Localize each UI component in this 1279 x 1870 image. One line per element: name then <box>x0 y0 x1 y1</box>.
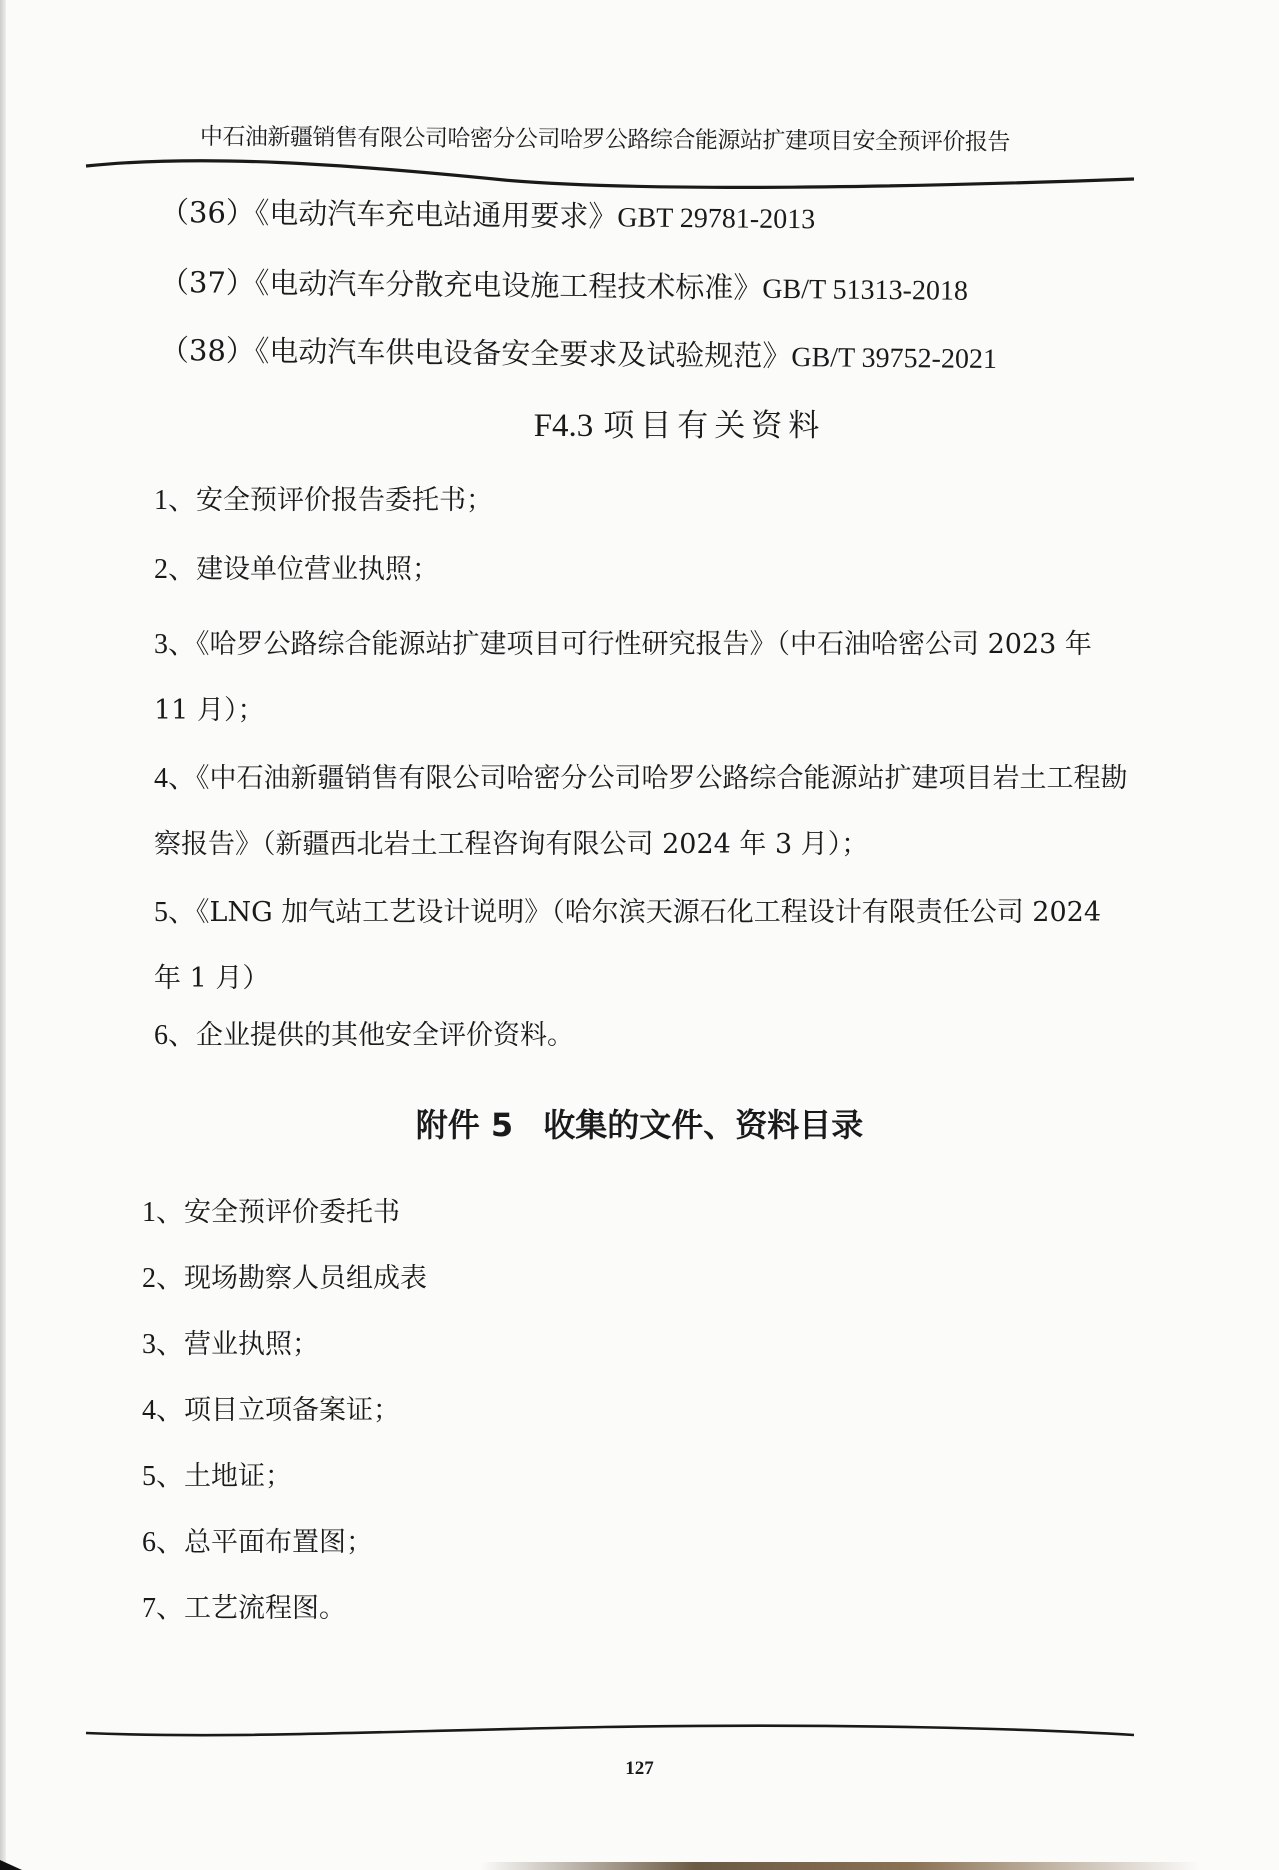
scan-bottom-shadow <box>480 1862 1200 1870</box>
reference-code: GBT 29781-2013 <box>617 202 815 235</box>
section-title: 项目有关资料 <box>603 408 825 444</box>
material-item-1: 1、安全预评价报告委托书； <box>96 468 1131 534</box>
reference-title: 《电动汽车充电站通用要求》 <box>255 196 618 233</box>
collected-file-item-7: 7、工艺流程图。 <box>142 1576 427 1642</box>
page-number: 127 <box>0 1758 1279 1780</box>
attachment-title: 收集的文件、资料目录 <box>543 1106 863 1144</box>
collected-file-item-4: 4、项目立项备案证； <box>142 1378 427 1444</box>
attachment-label: 附件 5 <box>416 1106 513 1144</box>
material-item-4: 4、《中石油新疆销售有限公司哈密分公司哈罗公路综合能源站扩建项目岩土工程勘察报告… <box>96 746 1131 878</box>
footer-rule <box>84 1715 1134 1755</box>
section-heading-f43: F4.3项目有关资料 <box>0 400 1279 445</box>
reference-title: 《电动汽车分散充电设施工程技术标准》 <box>255 266 763 305</box>
reference-item-37: （37）《电动汽车分散充电设施工程技术标准》GB/T 51313-2018 <box>160 260 968 309</box>
scan-left-edge <box>0 0 6 1870</box>
material-item-3: 3、《哈罗公路综合能源站扩建项目可行性研究报告》（中石油哈密公司 2023 年 … <box>96 612 1131 744</box>
reference-code: GB/T 39752-2021 <box>791 342 997 375</box>
section-heading-attachment5: 附件 5收集的文件、资料目录 <box>0 1100 1279 1146</box>
reference-item-36: （36）《电动汽车充电站通用要求》GBT 29781-2013 <box>160 190 816 237</box>
scan-corner-mark <box>0 1860 22 1870</box>
collected-files-list: 1、安全预评价委托书 2、现场勘察人员组成表 3、营业执照； 4、项目立项备案证… <box>142 1180 427 1642</box>
material-item-5: 5、《LNG 加气站工艺设计说明》（哈尔滨天源石化工程设计有限责任公司 2024… <box>96 880 1131 1012</box>
collected-file-item-5: 5、土地证； <box>142 1444 427 1510</box>
reference-item-38: （38）《电动汽车供电设备安全要求及试验规范》GB/T 39752-2021 <box>160 328 997 377</box>
reference-code: GB/T 51313-2018 <box>762 274 968 307</box>
collected-file-item-3: 3、营业执照； <box>142 1312 427 1378</box>
running-header: 中石油新疆销售有限公司哈密分公司哈罗公路综合能源站扩建项目安全预评价报告 <box>200 118 1080 157</box>
collected-file-item-2: 2、现场勘察人员组成表 <box>142 1246 427 1312</box>
collected-file-item-6: 6、总平面布置图； <box>142 1510 427 1576</box>
material-item-2: 2、建设单位营业执照； <box>96 537 1131 603</box>
collected-file-item-1: 1、安全预评价委托书 <box>142 1180 427 1246</box>
section-code: F4.3 <box>534 408 594 444</box>
material-item-6: 6、企业提供的其他安全评价资料。 <box>96 1003 1131 1069</box>
reference-title: 《电动汽车供电设备安全要求及试验规范》 <box>255 334 792 373</box>
